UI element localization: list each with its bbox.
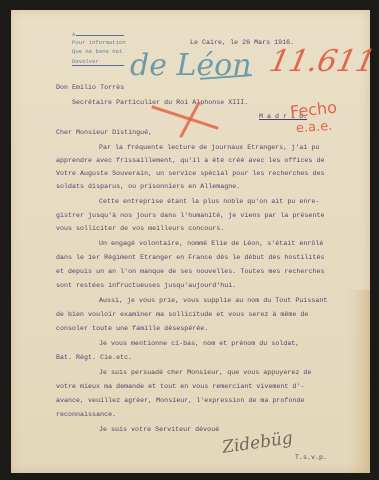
closing-line: Je suis votre Serviteur dévoué	[99, 426, 219, 433]
body-line: vous solliciter de vos meilleurs concour…	[56, 225, 224, 232]
body-line: Je suis persuadé cher Monsieur, que vous…	[99, 369, 311, 376]
body-line: Bat. Régt. Cie.etc.	[56, 354, 132, 361]
body-line: sont restées infructueuses jusqu'aujourd…	[56, 282, 236, 289]
recipient-name: Don Emilio Torrès	[56, 84, 124, 91]
recipient-title: Secrétaire Particulier du Roi Alphonse X…	[72, 99, 248, 106]
handwritten-name: de Léon	[130, 48, 252, 83]
body-line: Je vous mentionne ci-bas, nom et prénom …	[99, 340, 299, 347]
eae-annotation: e.a.e.	[296, 119, 333, 136]
body-line: Par la fréquente lecture de journaux Etr…	[99, 144, 319, 151]
body-line: Votre Auguste Souverain, un service spéc…	[56, 170, 324, 177]
body-line: gistrer jusqu'à nos jours dans l'humanit…	[56, 212, 324, 219]
stamp-underline	[76, 35, 124, 36]
stamp-line-a: A	[72, 31, 75, 38]
body-line: reconnaissance.	[56, 411, 116, 418]
body-line: soldats disparus, ou prisonniers en Alle…	[56, 183, 240, 190]
file-number: 11.611	[266, 44, 378, 79]
body-line: votre mieux ma demande et tout en vous r…	[56, 383, 304, 390]
body-line: Cette entreprise étant la plus noble qu'…	[99, 198, 319, 205]
stamp-line-que: Que ne bene nei	[72, 48, 122, 55]
stamp-underline	[72, 65, 124, 66]
salutation: Cher Monsieur Distingué,	[56, 129, 152, 136]
body-line: et depuis un an l'on manque de ses nouve…	[56, 268, 324, 275]
stamp-line-info: Pour information	[72, 39, 126, 46]
body-line: Aussi, je vous prie, vous supplie au nom…	[99, 297, 327, 304]
stamp-line-devolver: Devolver	[72, 58, 99, 65]
body-line: dans le 1er Régiment Etranger en France …	[56, 254, 324, 261]
body-line: avance, veuillez agréer, Monsieur, l'exp…	[56, 397, 304, 404]
body-line: apprendre avec frissaillement, qu'il a é…	[56, 157, 324, 164]
tsvp-note: T.s.v.p.	[295, 454, 327, 461]
body-line: de bien vouloir examiner ma sollicitude …	[56, 311, 308, 318]
body-line: consoler toute une famille désespérée.	[56, 325, 208, 332]
body-line: Un engagé volontaire, nommé Elie de Léon…	[99, 240, 323, 247]
